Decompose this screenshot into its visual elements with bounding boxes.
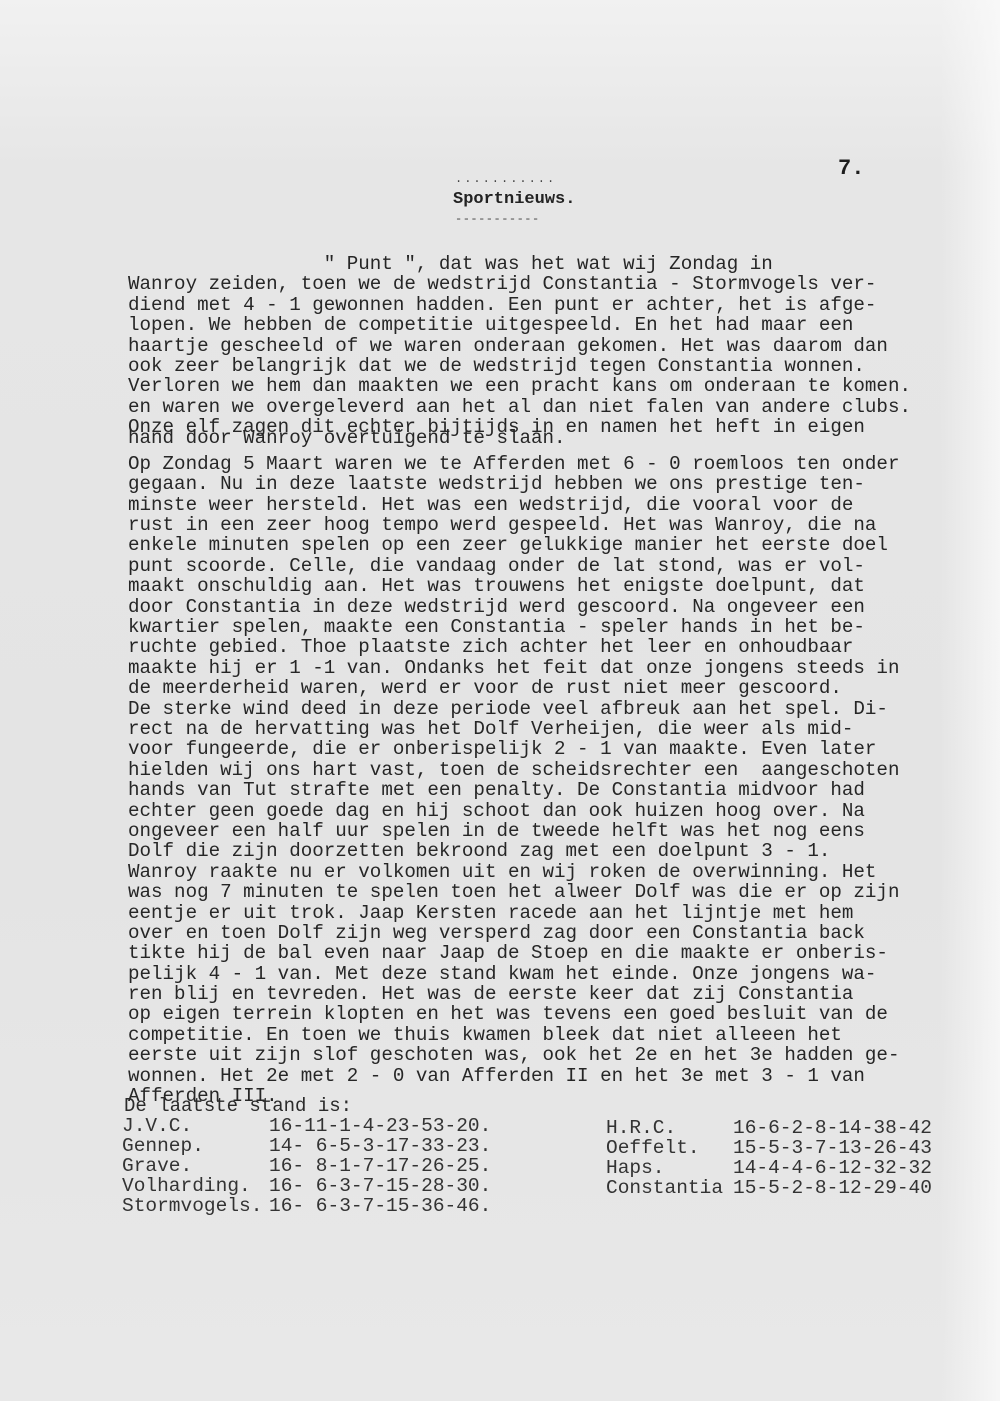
team-name: Stormvogels. xyxy=(122,1196,269,1216)
article-line: eentje er uit trok. Jaap Kersten racede … xyxy=(128,903,978,923)
standings-row: Stormvogels.16- 6-3-7-15-36-46. xyxy=(122,1196,491,1216)
team-record: 16-6-2-8-14-38-42 xyxy=(733,1118,932,1138)
article-line: wonnen. Het 2e met 2 - 0 van Afferden II… xyxy=(128,1066,978,1086)
team-name: Gennep. xyxy=(122,1136,269,1156)
article-line: hands van Tut strafte met een penalty. D… xyxy=(128,780,978,800)
article-line: " Punt ", dat was het wat wij Zondag in xyxy=(128,254,978,274)
article-line: competitie. En toen we thuis kwamen blee… xyxy=(128,1025,978,1045)
article-line: Verloren we hem dan maakten we een prach… xyxy=(128,376,978,396)
standings-row: Haps.14-4-4-6-12-32-32 xyxy=(606,1158,932,1178)
title-underline: ----------- xyxy=(455,212,540,226)
article-line: Dolf die zijn doorzetten bekroond zag me… xyxy=(128,841,978,861)
page-number: 7. xyxy=(838,156,864,181)
article-line: eerste uit zijn slof geschoten was, ook … xyxy=(128,1045,978,1065)
team-name: Haps. xyxy=(606,1158,733,1178)
article-line: en waren we overgeleverd aan het al dan … xyxy=(128,397,978,417)
team-name: Constantia xyxy=(606,1178,733,1198)
article-line: maakte hij er 1 -1 van. Ondanks het feit… xyxy=(128,658,978,678)
team-name: Volharding. xyxy=(122,1176,269,1196)
standings-row: Volharding.16- 6-3-7-15-28-30. xyxy=(122,1176,491,1196)
team-record: 16- 6-3-7-15-36-46. xyxy=(269,1196,491,1216)
article-line: rect na de hervatting was het Dolf Verhe… xyxy=(128,719,978,739)
article-line: de meerderheid waren, werd er voor de ru… xyxy=(128,678,978,698)
article-line: was nog 7 minuten te spelen toen het alw… xyxy=(128,882,978,902)
standings-row: Gennep.14- 6-5-3-17-33-23. xyxy=(122,1136,491,1156)
article-line: Wanroy zeiden, toen we de wedstrijd Cons… xyxy=(128,274,978,294)
standings-row: Oeffelt.15-5-3-7-13-26-43 xyxy=(606,1138,932,1158)
article-line: gegaan. Nu in deze laatste wedstrijd heb… xyxy=(128,474,978,494)
article-line: punt scoorde. Celle, die vandaag onder d… xyxy=(128,556,978,576)
team-record: 16-11-1-4-23-53-20. xyxy=(269,1116,491,1136)
team-name: J.V.C. xyxy=(122,1116,269,1136)
team-record: 14- 6-5-3-17-33-23. xyxy=(269,1136,491,1156)
article-line: door Constantia in deze wedstrijd werd g… xyxy=(128,597,978,617)
standings-right-column: H.R.C.16-6-2-8-14-38-42Oeffelt.15-5-3-7-… xyxy=(606,1118,932,1198)
article-line: ook zeer belangrijk dat we de wedstrijd … xyxy=(128,356,978,376)
standings-row: Constantia15-5-2-8-12-29-40 xyxy=(606,1178,932,1198)
standings-row: Grave.16- 8-1-7-17-26-25. xyxy=(122,1156,491,1176)
team-record: 16- 6-3-7-15-28-30. xyxy=(269,1176,491,1196)
article-line: Op Zondag 5 Maart waren we te Afferden m… xyxy=(128,454,978,474)
article-line: echter geen goede dag en hij schoot dan … xyxy=(128,801,978,821)
team-record: 16- 8-1-7-17-26-25. xyxy=(269,1156,491,1176)
article-line: ongeveer een half uur spelen in de tweed… xyxy=(128,821,978,841)
article-body: " Punt ", dat was het wat wij Zondag inW… xyxy=(128,254,978,1106)
article-line: pelijk 4 - 1 van. Met deze stand kwam he… xyxy=(128,964,978,984)
article-line: hielden wij ons hart vast, toen de schei… xyxy=(128,760,978,780)
team-record: 15-5-2-8-12-29-40 xyxy=(733,1178,932,1198)
article-line: haartje gescheeld of we waren onderaan g… xyxy=(128,336,978,356)
article-line: ren blij en tevreden. Het was de eerste … xyxy=(128,984,978,1004)
article-line: lopen. We hebben de competitie uitgespee… xyxy=(128,315,978,335)
team-record: 14-4-4-6-12-32-32 xyxy=(733,1158,932,1178)
standings-row: H.R.C.16-6-2-8-14-38-42 xyxy=(606,1118,932,1138)
article-line: hand door Wanroy overtuigend te slaan. xyxy=(128,428,978,448)
page-title: Sportnieuws. xyxy=(453,190,575,209)
article-line: enkele minuten spelen op een zeer gelukk… xyxy=(128,535,978,555)
article-line: over en toen Dolf zijn weg versperd zag … xyxy=(128,923,978,943)
team-record: 15-5-3-7-13-26-43 xyxy=(733,1138,932,1158)
decorative-dots: ........... xyxy=(455,172,556,186)
team-name: Grave. xyxy=(122,1156,269,1176)
standings-heading: De laatste stand is: xyxy=(124,1095,352,1117)
article-line: De sterke wind deed in deze periode veel… xyxy=(128,699,978,719)
article-line: Wanroy raakte nu er volkomen uit en wij … xyxy=(128,862,978,882)
article-line: op eigen terrein klopten en het was teve… xyxy=(128,1004,978,1024)
article-line: minste weer hersteld. Het was een wedstr… xyxy=(128,495,978,515)
article-line: voor fungeerde, die er onberispelijk 2 -… xyxy=(128,739,978,759)
article-line: diend met 4 - 1 gewonnen hadden. Een pun… xyxy=(128,295,978,315)
article-line: ruchte gebied. Thoe plaatste zich achter… xyxy=(128,637,978,657)
standings-left-column: J.V.C.16-11-1-4-23-53-20.Gennep.14- 6-5-… xyxy=(122,1116,491,1216)
article-line: rust in een zeer hoog tempo werd gespeel… xyxy=(128,515,978,535)
team-name: Oeffelt. xyxy=(606,1138,733,1158)
article-line: tikte hij de bal even naar Jaap de Stoep… xyxy=(128,943,978,963)
article-line: maakt onschuldig aan. Het was trouwens h… xyxy=(128,576,978,596)
article-line: kwartier spelen, maakte een Constantia -… xyxy=(128,617,978,637)
team-name: H.R.C. xyxy=(606,1118,733,1138)
standings-row: J.V.C.16-11-1-4-23-53-20. xyxy=(122,1116,491,1136)
